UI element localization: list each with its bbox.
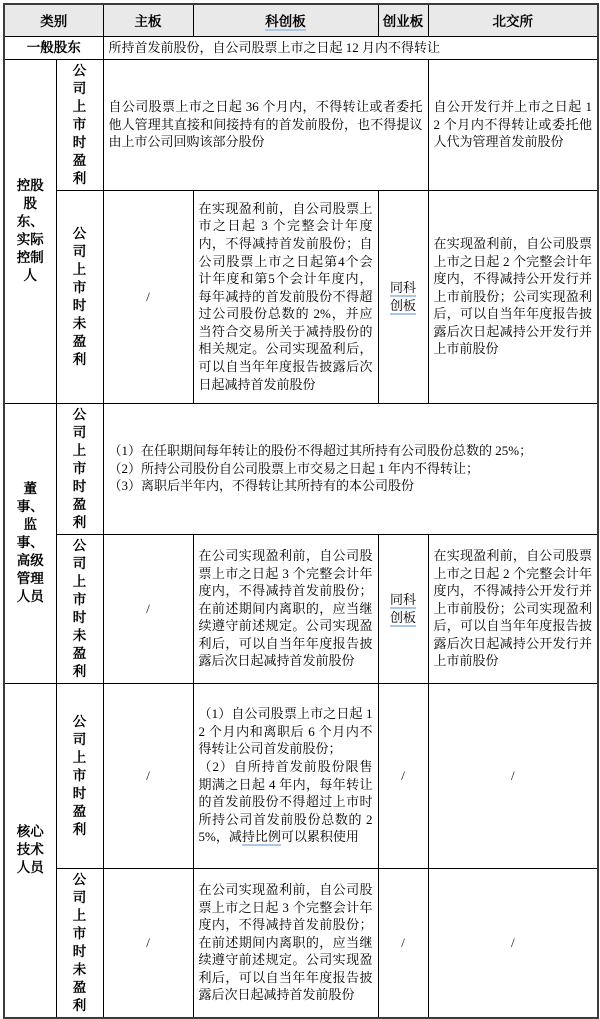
core-unprofitable-star-cell: 在公司实现盈利前，自公司股票上市之日起 3 个完整会计年度内，不得减持首发前股份… <box>193 868 378 1018</box>
controlling-profitable-bse-cell: 自公开发行并上市之日起 12 个月内不得转让或委托他人代为管理首发前股份 <box>428 59 598 190</box>
directors-unprofitable-chinext-cell: 同科创板 <box>378 534 428 683</box>
core-unprofitable-bse-cell: / <box>428 868 598 1018</box>
directors-unprofitable-main-cell: / <box>103 534 193 683</box>
directors-rule-item: （2）所持公司股份自公司股票上市交易之日起 1 年内不得转让； <box>109 460 593 478</box>
document-page: { "colors": { "underline": "#a9c7e7", "h… <box>0 3 600 903</box>
directors-profitable-rules-cell: （1）在任职期间每年转让的股份不得超过其所持有公司股份总数的 25%； （2）所… <box>103 403 598 534</box>
directors-label: 董事、监事、高级管理人员 <box>4 403 56 683</box>
directors-unprofitable-star-cell: 在公司实现盈利前，自公司股票上市之日起 3 个完整会计年度内，不得减持首发前股份… <box>193 534 378 683</box>
row-controlling-unprofitable: 公司上市时未盈利 / 在实现盈利前，自公司股票上市之日起 3 个完整会计年度内，… <box>4 190 598 403</box>
controlling-unprofitable-star-cell: 在实现盈利前，自公司股票上市之日起 3 个完整会计年度内，不得减持首发前股份；自… <box>193 190 378 403</box>
core-profitable-label: 公司上市时盈利 <box>56 683 103 868</box>
controlling-label: 控股股东、实际控制人 <box>4 59 56 403</box>
directors-unprofitable-label: 公司上市时未盈利 <box>56 534 103 683</box>
core-profitable-main-cell: / <box>103 683 193 868</box>
core-profitable-chinext-cell: / <box>378 683 428 868</box>
table-header-row: 类别 主板 科创板 创业板 北交所 <box>4 4 598 36</box>
header-star-board-label: 科创板 <box>265 14 306 31</box>
header-main-board: 主板 <box>103 4 193 36</box>
row-core-profitable: 核心技术人员 公司上市时盈利 / （1）自公司股票上市之日起 12 个月内和离职… <box>4 683 598 868</box>
core-star-rule-item: （2）自所持首发前股份限售期满之日起 4 年内，每年转让的首发前股份不得超过上市… <box>199 758 373 846</box>
row-core-unprofitable: 公司上市时未盈利 / 在公司实现盈利前，自公司股票上市之日起 3 个完整会计年度… <box>4 868 598 1018</box>
controlling-profitable-label: 公司上市时盈利 <box>56 59 103 190</box>
share-lockup-rules-table: 类别 主板 科创板 创业板 北交所 一般股东 所持首发前股份，自公司股票上市之日… <box>3 3 599 1019</box>
core-unprofitable-label: 公司上市时未盈利 <box>56 868 103 1018</box>
row-controlling-profitable: 控股股东、实际控制人 公司上市时盈利 自公司股票上市之日起 36 个月内，不得转… <box>4 59 598 190</box>
general-label: 一般股东 <box>4 36 103 59</box>
directors-rule-item: （1）在任职期间每年转让的股份不得超过其所持有公司股份总数的 25%； <box>109 442 593 460</box>
controlling-unprofitable-bse-cell: 在实现盈利前，自公司股票上市之日起 2 个完整会计年度内，不得减持公开发行并上市… <box>428 190 598 403</box>
header-category: 类别 <box>4 4 103 36</box>
same-as-star-board-ref: 同科创板 <box>390 592 416 627</box>
header-star-board: 科创板 <box>193 4 378 36</box>
core-star-rule-item: （1）自公司股票上市之日起 12 个月内和离职后 6 个月内不得转让公司首发前股… <box>199 705 373 758</box>
row-directors-unprofitable: 公司上市时未盈利 / 在公司实现盈利前，自公司股票上市之日起 3 个完整会计年度… <box>4 534 598 683</box>
row-directors-profitable: 董事、监事、高级管理人员 公司上市时盈利 （1）在任职期间每年转让的股份不得超过… <box>4 403 598 534</box>
same-as-star-board-ref: 同科创板 <box>390 280 416 315</box>
core-label: 核心技术人员 <box>4 683 56 1018</box>
controlling-unprofitable-main-cell: / <box>103 190 193 403</box>
directors-rule-item: （3）离职后半年内，不得转让其所持有的本公司股份 <box>109 477 593 495</box>
core-profitable-star-cell: （1）自公司股票上市之日起 12 个月内和离职后 6 个月内不得转让公司首发前股… <box>193 683 378 868</box>
directors-unprofitable-bse-cell: 在实现盈利前，自公司股票上市之日起 2 个完整会计年度内，不得减持公开发行并上市… <box>428 534 598 683</box>
rule-text: 可以累积使用 <box>281 829 359 844</box>
rule-text-underlined: 持比例 <box>242 829 281 846</box>
core-unprofitable-main-cell: / <box>103 868 193 1018</box>
core-unprofitable-chinext-cell: / <box>378 868 428 1018</box>
header-chinext: 创业板 <box>378 4 428 36</box>
controlling-unprofitable-label: 公司上市时未盈利 <box>56 190 103 403</box>
row-general-shareholders: 一般股东 所持首发前股份，自公司股票上市之日起 12 月内不得转让 <box>4 36 598 59</box>
directors-profitable-label: 公司上市时盈利 <box>56 403 103 534</box>
controlling-profitable-main-star-chinext-cell: 自公司股票上市之日起 36 个月内，不得转让或者委托他人管理其直接和间接持有的首… <box>103 59 428 190</box>
controlling-unprofitable-chinext-cell: 同科创板 <box>378 190 428 403</box>
header-bse: 北交所 <box>428 4 598 36</box>
general-rule-cell: 所持首发前股份，自公司股票上市之日起 12 月内不得转让 <box>103 36 598 59</box>
core-profitable-bse-cell: / <box>428 683 598 868</box>
